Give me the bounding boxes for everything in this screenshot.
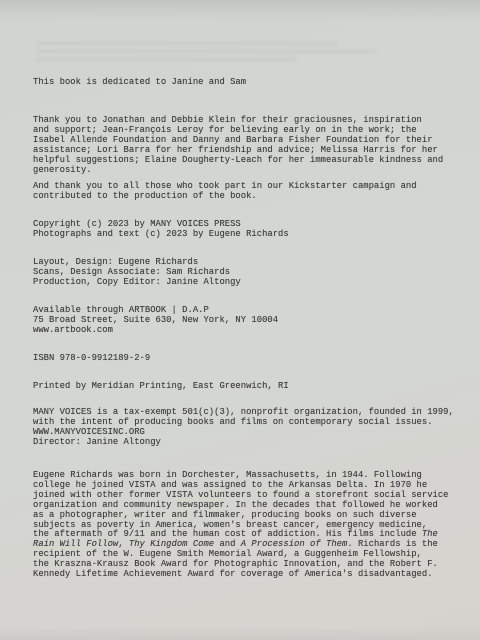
distribution-info: Available through ARTBOOK | D.A.P 75 Bro… [33,306,469,336]
copyright-notice: Copyright (c) 2023 by MANY VOICES PRESS … [33,220,469,240]
printer-line: Printed by Meridian Printing, East Green… [33,382,469,392]
organization-info: MANY VOICES is a tax-exempt 501(c)(3), n… [33,408,469,448]
isbn-line: ISBN 978-0-9912189-2-9 [33,354,469,364]
kickstarter-thanks-paragraph: And thank you to all those who took part… [33,182,469,202]
book-page-photo: { "colors": { "paper": "#d3d6d2", "ink":… [0,0,480,640]
reverse-page-show-through [36,58,296,61]
photo-bottom-shadow [0,626,480,640]
author-bio-paragraph: Eugene Richards was born in Dorchester, … [33,471,469,580]
production-credits: Layout, Design: Eugene Richards Scans, D… [33,258,469,288]
dedication-line: This book is dedicated to Janine and Sam [33,78,469,88]
reverse-page-show-through [36,50,376,53]
photo-top-shadow [0,0,480,22]
acknowledgments-paragraph: Thank you to Jonathan and Debbie Klein f… [33,116,469,175]
reverse-page-show-through [36,42,336,45]
